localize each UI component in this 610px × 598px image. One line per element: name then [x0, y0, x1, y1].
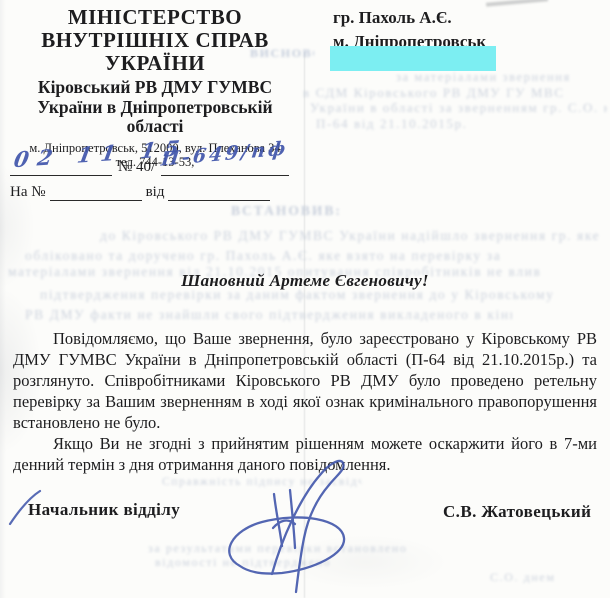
ministry-line: УКРАЇНИ [5, 52, 305, 75]
handwritten-signature [210, 456, 360, 598]
signer-title: Начальник відділу [28, 500, 180, 520]
pen-stroke [4, 488, 46, 530]
scan-smudge [486, 0, 548, 7]
bleedthrough-fragment: за матеріалами звернення [396, 70, 608, 85]
department-line: Кіровський РВ ДМУ ГУМВС [5, 78, 305, 98]
bleedthrough-fragment: РВ ДМУ факти не знайшли свого підтвердже… [25, 307, 512, 323]
ministry-line: ВНУТРІШНІХ СПРАВ [5, 29, 305, 52]
bleedthrough-fragment: П-64 від 21.10.2015р. [316, 116, 506, 132]
scanned-letter-page: ВИСНОВОК за матеріалами звернення в СДМ … [0, 0, 610, 598]
body-paragraph: Повідомляємо, що Ваше звернення, було за… [13, 328, 597, 433]
bleedthrough-fragment: до Кіровського РВ ДМУ ГУМВС України наді… [100, 228, 607, 244]
ministry-title: МІНІСТЕРСТВО ВНУТРІШНІХ СПРАВ УКРАЇНИ [5, 6, 305, 75]
bleedthrough-fragment: в СДМ Кіровського РВ ДМУ ГУ МВС [303, 85, 608, 101]
incoming-no-label: На № [10, 184, 46, 200]
bleedthrough-fragment: ВСТАНОВИВ: [231, 203, 343, 219]
incoming-reference-row: На №від [10, 184, 302, 201]
department-line: області [5, 117, 305, 137]
incoming-from-label: від [146, 184, 165, 200]
bleedthrough-fragment: обліковано та доручено гр. Пахоль А.Є. я… [25, 248, 565, 264]
recipient-name: гр. Пахоль А.Є. [333, 6, 486, 30]
bleedthrough-fragment: С.О. днем [490, 570, 585, 585]
bleedthrough-fragment: України в області за зверненням гр. С.О.… [310, 100, 608, 116]
letter-body: Повідомляємо, що Ваше звернення, було за… [13, 328, 597, 475]
incoming-from-blank [168, 185, 270, 201]
department-line: України в Дніпропетровській [5, 98, 305, 118]
salutation: Шановний Артеме Євгеновичу! [0, 271, 610, 291]
signer-name: С.В. Жатовецький [443, 502, 591, 522]
incoming-no-blank [50, 185, 142, 201]
department-name: Кіровський РВ ДМУ ГУМВС України в Дніпро… [5, 78, 305, 137]
ministry-line: МІНІСТЕРСТВО [5, 6, 305, 29]
redaction-highlight [330, 46, 496, 71]
